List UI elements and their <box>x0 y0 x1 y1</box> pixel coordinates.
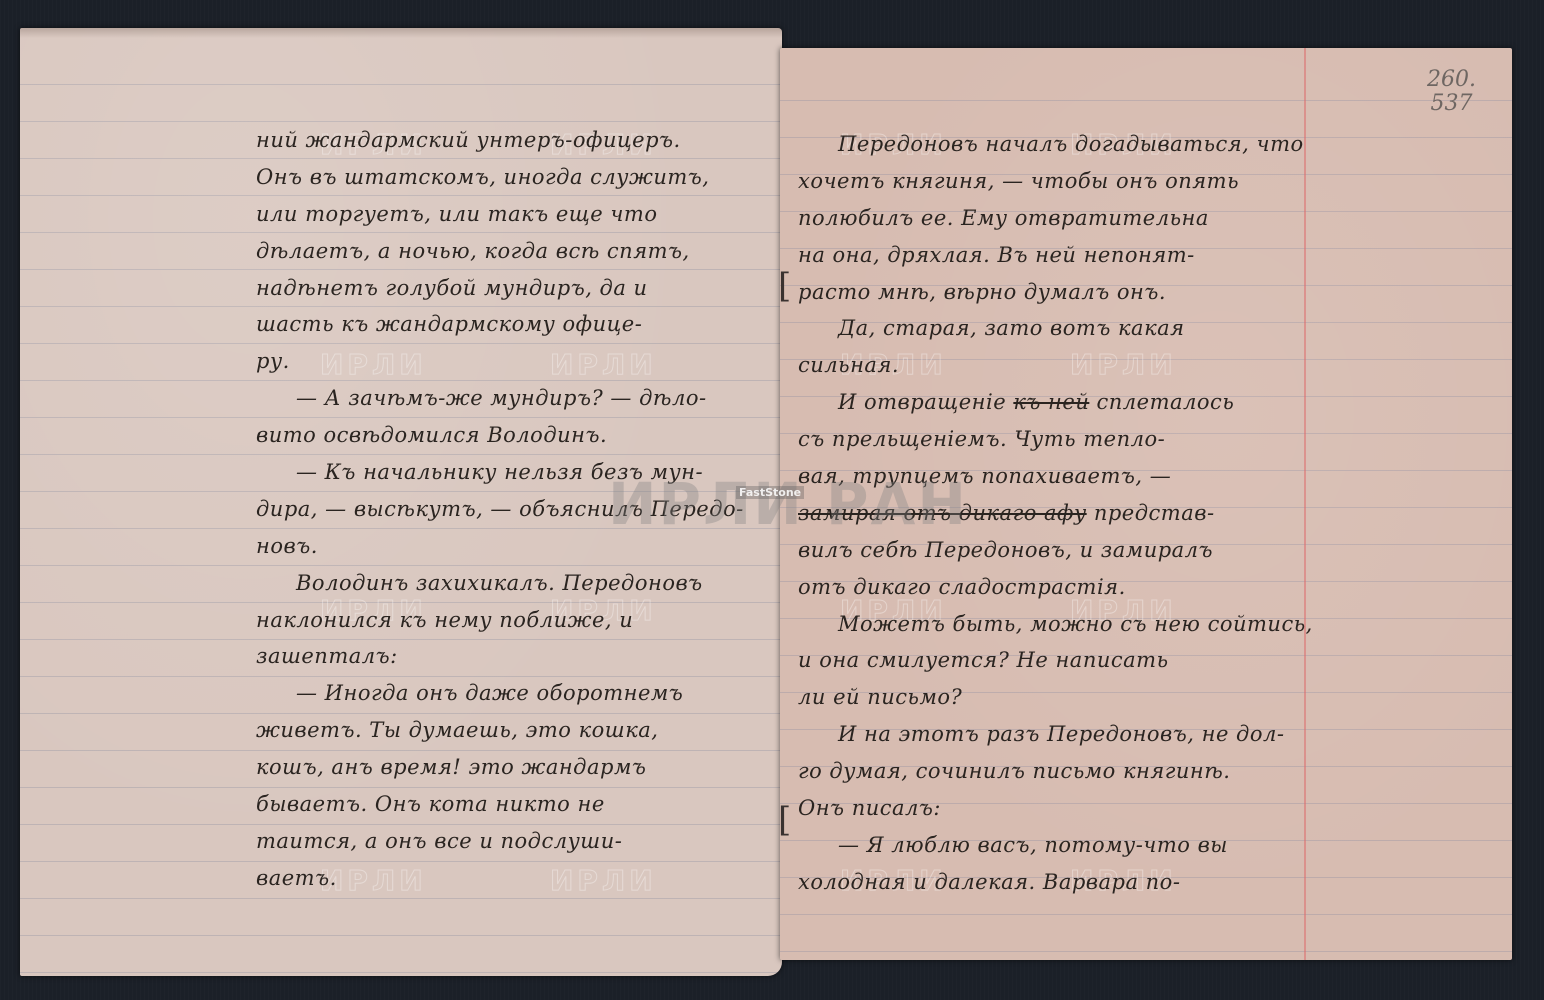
viewer-label: FastStone <box>736 486 804 499</box>
text-line: Онъ писалъ: <box>798 788 1318 825</box>
text-line: или торгуетъ, или такъ еще что <box>256 194 782 231</box>
text-line: вилъ себѣ Передоновъ, и замиралъ <box>798 530 1318 567</box>
page-edge <box>20 28 782 38</box>
text-line: ний жандармский унтеръ-офицеръ. <box>256 120 782 157</box>
text-line: отъ дикаго сладострастія. <box>798 567 1318 604</box>
text-line: И отвращеніе къ ней сплеталось <box>798 382 1318 419</box>
text-line: ваетъ. <box>256 858 782 895</box>
text-line: живетъ. Ты думаешь, это кошка, <box>256 710 782 747</box>
text-line: Да, старая, зато вотъ какая <box>798 308 1318 345</box>
manuscript-page-right: 260. 537 ИРЛИ ИРЛИ ИРЛИ ИРЛИ ИРЛИ ИРЛИ И… <box>780 48 1512 960</box>
text-line: зашепталъ: <box>256 636 782 673</box>
text-line: ру. <box>256 341 782 378</box>
text-line: Володинъ захихикалъ. Передоновъ <box>256 563 782 600</box>
manuscript-page-left: ИРЛИ ИРЛИ ИРЛИ ИРЛИ ИРЛИ ИРЛИ ИРЛИ ИРЛИ … <box>20 28 782 976</box>
right-page-text: Передоновъ началъ догадываться, что хоче… <box>798 124 1318 899</box>
text-line: Можетъ быть, можно съ нею сойтись, <box>798 604 1318 641</box>
text-line: новъ. <box>256 526 782 563</box>
text-line: и она смилуется? Не написать <box>798 640 1318 677</box>
text-line: вая, трупцемъ попахиваетъ, — <box>798 456 1318 493</box>
text-line: — Къ начальнику нельзя безъ мун- <box>256 452 782 489</box>
text-line: расто мнѣ, вѣрно думалъ онъ. <box>798 272 1318 309</box>
text-line: — А зачѣмъ-же мундиръ? — дѣло- <box>256 378 782 415</box>
folio-number: 260. 537 <box>1427 68 1476 116</box>
text-line: хочетъ княгиня, — чтобы онъ опять <box>798 161 1318 198</box>
text-line: таится, а онъ все и подслуши- <box>256 821 782 858</box>
text-line-with-strikethrough: замирая отъ дикаго афу представ- <box>798 493 1318 530</box>
struck-text: замирая отъ дикаго афу <box>798 501 1087 525</box>
text-line: дѣлаетъ, а ночью, когда всѣ спятъ, <box>256 231 782 268</box>
text-line: И на этотъ разъ Передоновъ, не дол- <box>798 714 1318 751</box>
margin-bracket: [ <box>780 266 791 306</box>
text-line: дира, — высѣкутъ, — объяснилъ Передо- <box>256 489 782 526</box>
text-line: — Иногда онъ даже оборотнемъ <box>256 673 782 710</box>
text-line: кошъ, анъ время! это жандармъ <box>256 747 782 784</box>
text-line: — Я люблю васъ, потому-что вы <box>798 825 1318 862</box>
text-line: холодная и далекая. Варвара по- <box>798 862 1318 899</box>
text-line: съ прельщеніемъ. Чуть тепло- <box>798 419 1318 456</box>
left-page-text: ний жандармский унтеръ-офицеръ. Онъ въ ш… <box>256 120 782 895</box>
text-line: бываетъ. Онъ кота никто не <box>256 784 782 821</box>
text-line: надѣнетъ голубой мундиръ, да и <box>256 268 782 305</box>
text-line: Онъ въ штатскомъ, иногда служитъ, <box>256 157 782 194</box>
text-line: на она, дряхлая. Въ ней непонят- <box>798 235 1318 272</box>
struck-text: къ ней <box>1013 390 1089 414</box>
text-line: наклонился къ нему поближе, и <box>256 600 782 637</box>
text-line: го думая, сочинилъ письмо княгинѣ. <box>798 751 1318 788</box>
text-line: полюбилъ ее. Ему отвратительна <box>798 198 1318 235</box>
text-line: Передоновъ началъ догадываться, что <box>798 124 1318 161</box>
text-line: сильная. <box>798 345 1318 382</box>
folio-number-top: 260. <box>1427 68 1476 92</box>
text-line: ли ей письмо? <box>798 677 1318 714</box>
folio-number-bottom: 537 <box>1427 92 1476 116</box>
text-line: шасть къ жандармскому офице- <box>256 304 782 341</box>
margin-bracket: [ <box>780 800 791 840</box>
text-line: вито освѣдомился Володинъ. <box>256 415 782 452</box>
